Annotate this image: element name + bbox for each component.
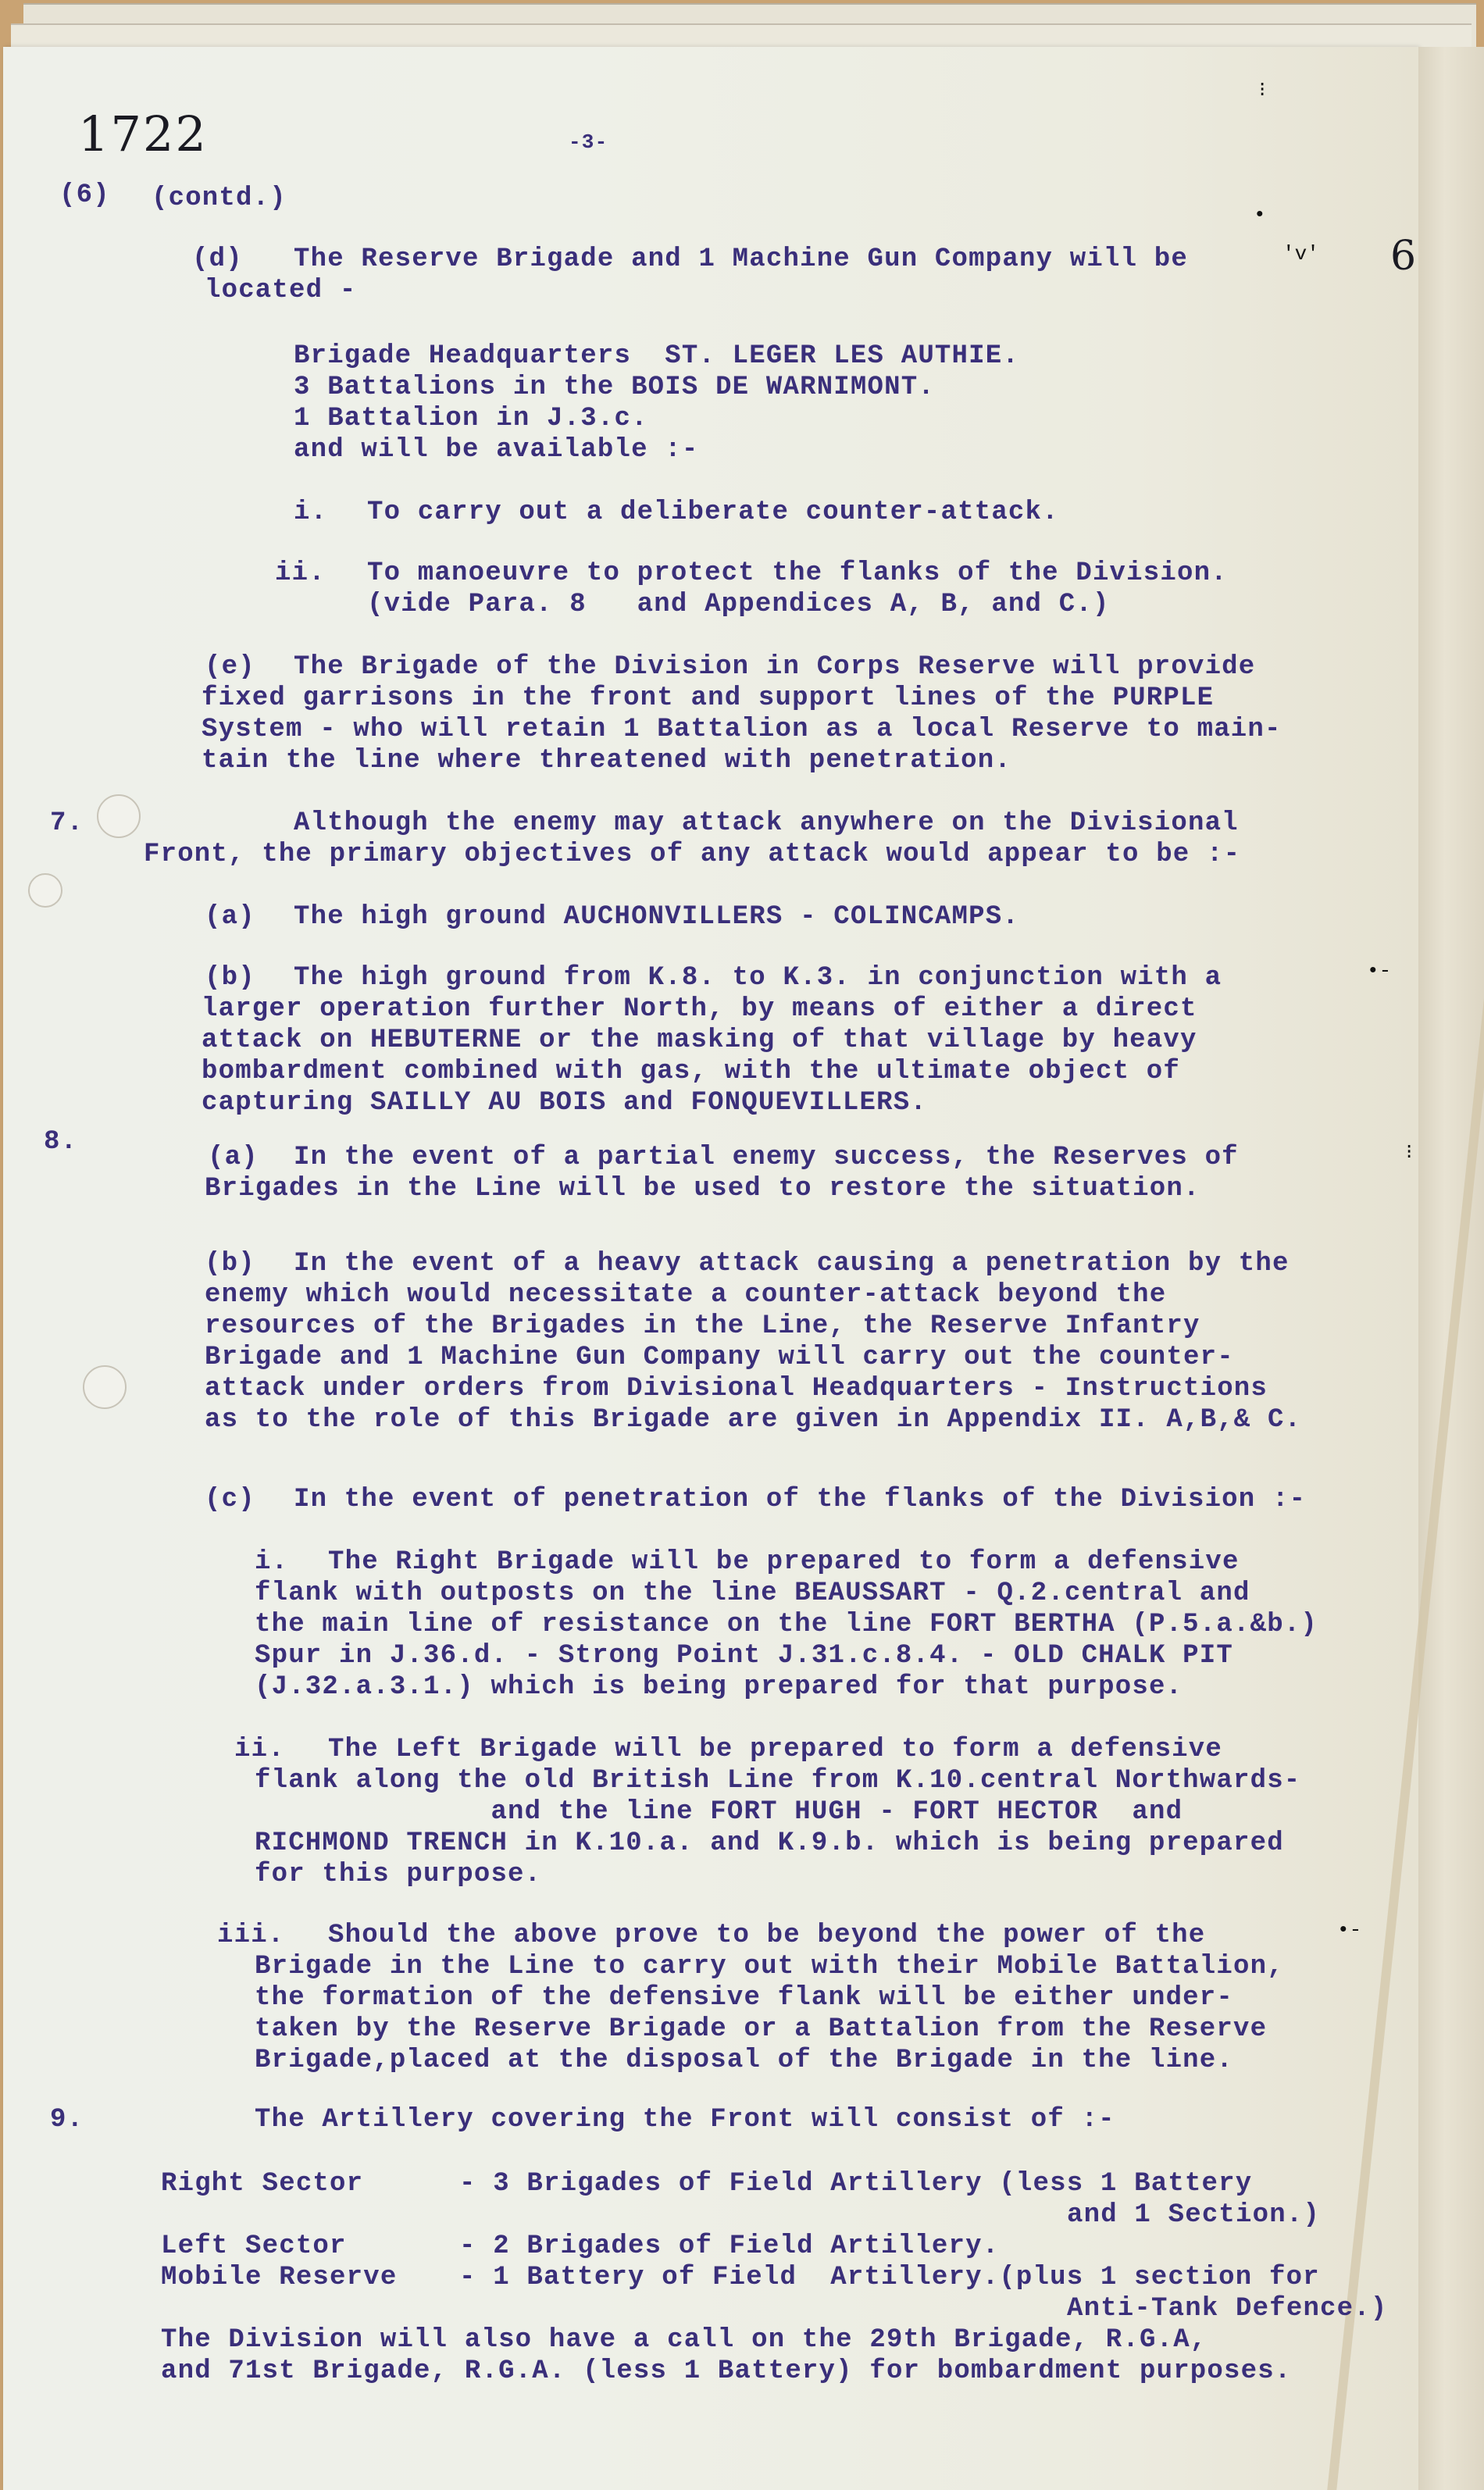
item-line: flank along the old British Line from K.… [255, 1765, 1300, 1796]
artillery-sector: Mobile Reserve [161, 2262, 397, 2293]
item-line: taken by the Reserve Brigade or a Battal… [255, 2014, 1267, 2045]
para-6e-line: The Brigade of the Division in Corps Res… [294, 651, 1255, 683]
ink-mark: 'v' [1282, 242, 1319, 266]
location-line: 3 Battalions in the BOIS DE WARNIMONT. [294, 372, 935, 403]
closing-line: The Division will also have a call on th… [161, 2324, 1207, 2356]
para-8b-line: enemy which would necessitate a counter-… [205, 1279, 1166, 1311]
item-line: flank with outposts on the line BEAUSSAR… [255, 1578, 1250, 1609]
margin-number: 6 [1390, 233, 1416, 280]
ink-mark: ⁝ [1406, 1140, 1412, 1165]
para-7b-line: bombardment combined with gas, with the … [202, 1056, 1180, 1087]
para-6e-line: System - who will retain 1 Battalion as … [202, 714, 1282, 745]
para-7b-line: attack on HEBUTERNE or the masking of th… [202, 1025, 1197, 1056]
para-8b-line: as to the role of this Brigade are given… [205, 1404, 1301, 1436]
para-7b-label: (b) [205, 962, 255, 994]
para-6d-line: located - [205, 275, 356, 306]
item-line: The Right Brigade will be prepared to fo… [328, 1546, 1240, 1578]
artillery-detail: - 1 Battery of Field Artillery.(plus 1 s… [459, 2262, 1320, 2293]
punch-hole [28, 873, 62, 908]
ink-mark: •- [1337, 1918, 1361, 1942]
continuation-label: (contd.) [152, 183, 287, 214]
location-line: and will be available :- [294, 434, 698, 466]
task-number: ii. [275, 558, 326, 589]
artillery-detail: - 2 Brigades of Field Artillery. [459, 2231, 999, 2262]
ink-mark: •- [1367, 959, 1391, 983]
para-7b-line: larger operation further North, by means… [202, 994, 1197, 1025]
artillery-detail: - 3 Brigades of Field Artillery (less 1 … [459, 2168, 1252, 2199]
punch-hole [83, 1365, 127, 1409]
para-7a-label: (a) [205, 901, 255, 933]
artillery-detail-cont: and 1 Section.) [1067, 2199, 1320, 2231]
punch-hole [97, 794, 141, 838]
item-number: ii. [234, 1734, 285, 1765]
para-9-intro: The Artillery covering the Front will co… [255, 2104, 1115, 2135]
artillery-sector: Right Sector [161, 2168, 363, 2199]
item-line: the main line of resistance on the line … [255, 1609, 1318, 1640]
item-line: and the line FORT HUGH - FORT HECTOR and [255, 1796, 1183, 1828]
item-number: i. [255, 1546, 288, 1578]
closing-line: and 71st Brigade, R.G.A. (less 1 Battery… [161, 2356, 1291, 2387]
para-8b-line: In the event of a heavy attack causing a… [294, 1248, 1290, 1279]
task-text: (vide Para. 8 and Appendices A, B, and C… [367, 589, 1110, 620]
para-7a-text: The high ground AUCHONVILLERS - COLINCAM… [294, 901, 1019, 933]
para-7-line: Although the enemy may attack anywhere o… [294, 808, 1239, 839]
para-8a-line: In the event of a partial enemy success,… [294, 1142, 1239, 1173]
item-line: for this purpose. [255, 1859, 541, 1890]
para-8c-label: (c) [205, 1484, 255, 1515]
para-7b-line: The high ground from K.8. to K.3. in con… [294, 962, 1222, 994]
para-6e-line: fixed garrisons in the front and support… [202, 683, 1214, 714]
para-8a-line: Brigades in the Line will be used to res… [205, 1173, 1200, 1204]
item-line: Brigade in the Line to carry out with th… [255, 1951, 1284, 1982]
ink-mark: • [1254, 203, 1266, 227]
para-7-line: Front, the primary objectives of any att… [144, 839, 1240, 870]
task-text: To manoeuvre to protect the flanks of th… [367, 558, 1228, 589]
para-6-number: (6) [59, 180, 110, 211]
para-6d-line: The Reserve Brigade and 1 Machine Gun Co… [294, 244, 1188, 275]
para-8b-label: (b) [205, 1248, 255, 1279]
artillery-sector: Left Sector [161, 2231, 347, 2262]
folio-number: 1722 [78, 105, 208, 162]
paper-edge [1418, 47, 1484, 2490]
ink-mark: ⁝ [1259, 78, 1265, 102]
para-8-number: 8. [44, 1126, 77, 1158]
item-line: (J.32.a.3.1.) which is being prepared fo… [255, 1671, 1183, 1703]
para-7-number: 7. [50, 808, 84, 839]
para-7b-line: capturing SAILLY AU BOIS and FONQUEVILLE… [202, 1087, 927, 1118]
para-8c-line: In the event of penetration of the flank… [294, 1484, 1306, 1515]
page-number: -3- [569, 127, 608, 158]
location-line: 1 Battalion in J.3.c. [294, 403, 648, 434]
para-8a-label: (a) [208, 1142, 259, 1173]
artillery-detail-cont: Anti-Tank Defence.) [1067, 2293, 1387, 2324]
item-line: Spur in J.36.d. - Strong Point J.31.c.8.… [255, 1640, 1233, 1671]
para-8b-line: attack under orders from Divisional Head… [205, 1373, 1268, 1404]
item-number: iii. [217, 1920, 284, 1951]
para-6d-label: (d) [192, 244, 243, 275]
para-8b-line: Brigade and 1 Machine Gun Company will c… [205, 1342, 1234, 1373]
task-text: To carry out a deliberate counter-attack… [367, 497, 1059, 528]
para-8b-line: resources of the Brigades in the Line, t… [205, 1311, 1200, 1342]
para-6e-label: (e) [205, 651, 255, 683]
item-line: Should the above prove to be beyond the … [328, 1920, 1205, 1951]
para-9-number: 9. [50, 2104, 84, 2135]
location-line: Brigade Headquarters ST. LEGER LES AUTHI… [294, 341, 1019, 372]
item-line: the formation of the defensive flank wil… [255, 1982, 1233, 2014]
item-line: RICHMOND TRENCH in K.10.a. and K.9.b. wh… [255, 1828, 1284, 1859]
task-number: i. [294, 497, 327, 528]
item-line: The Left Brigade will be prepared to for… [328, 1734, 1222, 1765]
para-6e-line: tain the line where threatened with pene… [202, 745, 1011, 776]
item-line: Brigade,placed at the disposal of the Br… [255, 2045, 1233, 2076]
